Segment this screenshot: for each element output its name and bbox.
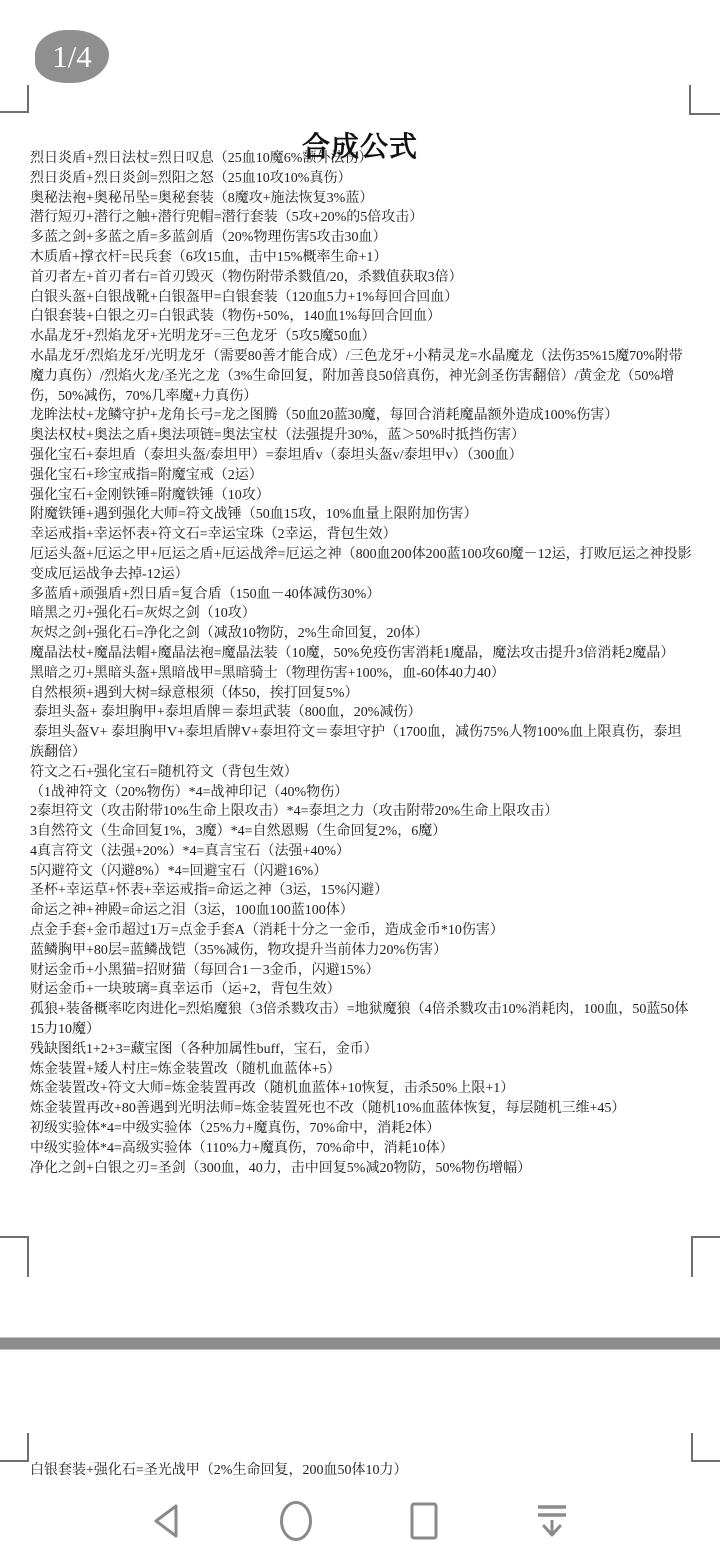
formula-line: 水晶龙牙/烈焰龙牙/光明龙牙（需要80善才能合成）/三色龙牙+小精灵龙=水晶魔龙… — [30, 347, 694, 406]
formula-line: 4真言符文（法强+20%）*4=真言宝石（法强+40%） — [30, 842, 694, 862]
formula-line: 强化宝石+珍宝戒指=附魔宝戒（2运） — [30, 466, 694, 486]
formula-line: 强化宝石+泰坦盾（泰坦头盔/泰坦甲）=泰坦盾v（泰坦头盔v/泰坦甲v）（300血… — [30, 446, 694, 466]
android-nav-bar — [150, 1497, 570, 1545]
formula-list-page1: 烈日炎盾+烈日法杖=烈日叹息（25血10魔6%额外法伤）烈日炎盾+烈日炎剑=烈阳… — [30, 149, 694, 1178]
formula-list-page2: 白银套装+强化石=圣光战甲（2%生命回复，200血50体10力） — [30, 1461, 694, 1481]
formula-line: 命运之神+神殿=命运之泪（3运，100血100蓝100体） — [30, 901, 694, 921]
back-triangle-icon — [151, 1501, 185, 1541]
formula-line: 中级实验体*4=高级实验体（110%力+魔真伤，70%命中，消耗10体） — [30, 1139, 694, 1159]
page1-margin-mark-top-right — [689, 85, 720, 115]
formula-line: 初级实验体*4=中级实验体（25%力+魔真伤，70%命中，消耗2体） — [30, 1119, 694, 1139]
formula-line: 3自然符文（生命回复1%，3魔）*4=自然恩赐（生命回复2%，6魔） — [30, 822, 694, 842]
formula-line: 奥法权杖+奥法之盾+奥法项链=奥法宝杖（法强提升30%，蓝＞50%时抵挡伤害） — [30, 426, 694, 446]
formula-line: 多蓝之剑+多蓝之盾=多蓝剑盾（20%物理伤害5攻击30血） — [30, 228, 694, 248]
hide-navbar-arrow-icon — [534, 1500, 570, 1542]
formula-line: 暗黑之刃+强化石=灰烬之剑（10攻） — [30, 604, 694, 624]
home-circle-icon — [278, 1499, 314, 1543]
formula-line: （1战神符文（20%物伤）*4=战神印记（40%物伤） — [30, 783, 694, 803]
page-number-label: 1/4 — [52, 41, 92, 72]
page2-margin-mark-top-right — [691, 1433, 720, 1462]
formula-line: 奥秘法袍+奥秘吊坠=奥秘套装（8魔攻+施法恢复3%蓝） — [30, 189, 694, 209]
formula-line: 白银头盔+白银战靴+白银盔甲=白银套装（120血5力+1%每回合回血） — [30, 288, 694, 308]
formula-line: 附魔铁锤+遇到强化大师=符文战锤（50血15攻，10%血量上限附加伤害） — [30, 505, 694, 525]
formula-line: 木质盾+撑衣杆=民兵套（6攻15血，击中15%概率生命+1） — [30, 248, 694, 268]
document-viewer-screen: 1/4 合成公式 烈日炎盾+烈日法杖=烈日叹息（25血10魔6%额外法伤）烈日炎… — [0, 0, 720, 1560]
formula-line: 点金手套+金币超过1万=点金手套A（消耗十分之一金币，造成金币*10伤害） — [30, 921, 694, 941]
formula-line: 泰坦头盔+ 泰坦胸甲+泰坦盾牌＝泰坦武装（800血，20%减伤） — [30, 703, 694, 723]
formula-line: 厄运头盔+厄运之甲+厄运之盾+厄运战斧=厄运之神（800血200体200蓝100… — [30, 545, 694, 585]
page-separator-bar — [0, 1337, 720, 1350]
formula-line: 潜行短刃+潜行之触+潜行兜帽=潜行套装（5攻+20%的5倍攻击） — [30, 208, 694, 228]
recents-square-icon — [407, 1500, 441, 1542]
formula-line: 符文之石+强化宝石=随机符文（背包生效） — [30, 763, 694, 783]
formula-line: 白银套装+白银之刃=白银武装（物伤+50%，140血1%每回合回血） — [30, 307, 694, 327]
formula-line: 首刃者左+首刃者右=首刃毁灭（物伤附带杀戮值/20，杀戮值获取3倍） — [30, 268, 694, 288]
formula-line: 财运金币+小黑猫=招财猫（每回合1－3金币，闪避15%） — [30, 961, 694, 981]
page1-margin-mark-top-left — [0, 85, 29, 113]
formula-line: 财运金币+一块玻璃=真幸运币（运+2，背包生效） — [30, 980, 694, 1000]
formula-line: 残缺图纸1+2+3=藏宝图（各种加属性buff，宝石，金币） — [30, 1040, 694, 1060]
formula-line: 魔晶法杖+魔晶法帽+魔晶法袍=魔晶法装（10魔，50%免疫伤害消耗1魔晶，魔法攻… — [30, 644, 694, 664]
formula-line: 烈日炎盾+烈日炎剑=烈阳之怒（25血10攻10%真伤） — [30, 169, 694, 189]
formula-line: 泰坦头盔V+ 泰坦胸甲V+泰坦盾牌V+泰坦符文＝泰坦守护（1700血，减伤75%… — [30, 723, 694, 763]
formula-line: 白银套装+强化石=圣光战甲（2%生命回复，200血50体10力） — [30, 1461, 694, 1481]
formula-line: 黑暗之刃+黑暗头盔+黑暗战甲=黑暗骑士（物理伤害+100%，血-60体40力40… — [30, 664, 694, 684]
formula-line: 水晶龙牙+烈焰龙牙+光明龙牙=三色龙牙（5攻5魔50血） — [30, 327, 694, 347]
nav-recents-button[interactable] — [406, 1500, 442, 1542]
nav-hide-button[interactable] — [534, 1500, 570, 1542]
formula-line: 炼金装置再改+80善遇到光明法师=炼金装置死也不改（随机10%血蓝体恢复，每层随… — [30, 1099, 694, 1119]
formula-line: 圣杯+幸运草+怀表+幸运戒指=命运之神（3运，15%闪避） — [30, 881, 694, 901]
formula-line: 灰烬之剑+强化石=净化之剑（减敌10物防，2%生命回复，20体） — [30, 624, 694, 644]
formula-line: 自然根须+遇到大树=绿意根须（体50，挨打回复5%） — [30, 684, 694, 704]
page1-margin-mark-bottom-left — [0, 1236, 29, 1277]
nav-home-button[interactable] — [278, 1500, 314, 1542]
formula-line: 龙眸法杖+龙鳞守护+龙角长弓=龙之图腾（50血20蓝30魔，每回合消耗魔晶额外造… — [30, 406, 694, 426]
formula-line: 多蓝盾+顽强盾+烈日盾=复合盾（150血－40体减伤30%） — [30, 585, 694, 605]
formula-line: 5闪避符文（闪避8%）*4=回避宝石（闪避16%） — [30, 862, 694, 882]
formula-line: 炼金装置改+符文大师=炼金装置再改（随机血蓝体+10恢复，击杀50%上限+1） — [30, 1079, 694, 1099]
nav-back-button[interactable] — [150, 1500, 186, 1542]
formula-line: 2泰坦符文（攻击附带10%生命上限攻击）*4=泰坦之力（攻击附带20%生命上限攻… — [30, 802, 694, 822]
formula-line: 烈日炎盾+烈日法杖=烈日叹息（25血10魔6%额外法伤） — [30, 149, 694, 169]
formula-line: 幸运戒指+幸运怀表+符文石=幸运宝珠（2幸运，背包生效） — [30, 525, 694, 545]
formula-line: 孤狼+装备概率吃肉进化=烈焰魔狼（3倍杀戮攻击）=地狱魔狼（4倍杀戮攻击10%消… — [30, 1000, 694, 1040]
formula-line: 蓝鳞胸甲+80层=蓝鳞战铠（35%减伤，物攻提升当前体力20%伤害） — [30, 941, 694, 961]
formula-line: 强化宝石+金刚铁锤=附魔铁锤（10攻） — [30, 486, 694, 506]
page2-margin-mark-top-left — [0, 1433, 29, 1462]
page-number-badge: 1/4 — [35, 30, 109, 83]
formula-line: 净化之剑+白银之刃=圣剑（300血，40力，击中回复5%减20物防，50%物伤增… — [30, 1159, 694, 1179]
page1-margin-mark-bottom-right — [691, 1236, 720, 1277]
formula-line: 炼金装置+矮人村庄=炼金装置改（随机血蓝体+5） — [30, 1060, 694, 1080]
